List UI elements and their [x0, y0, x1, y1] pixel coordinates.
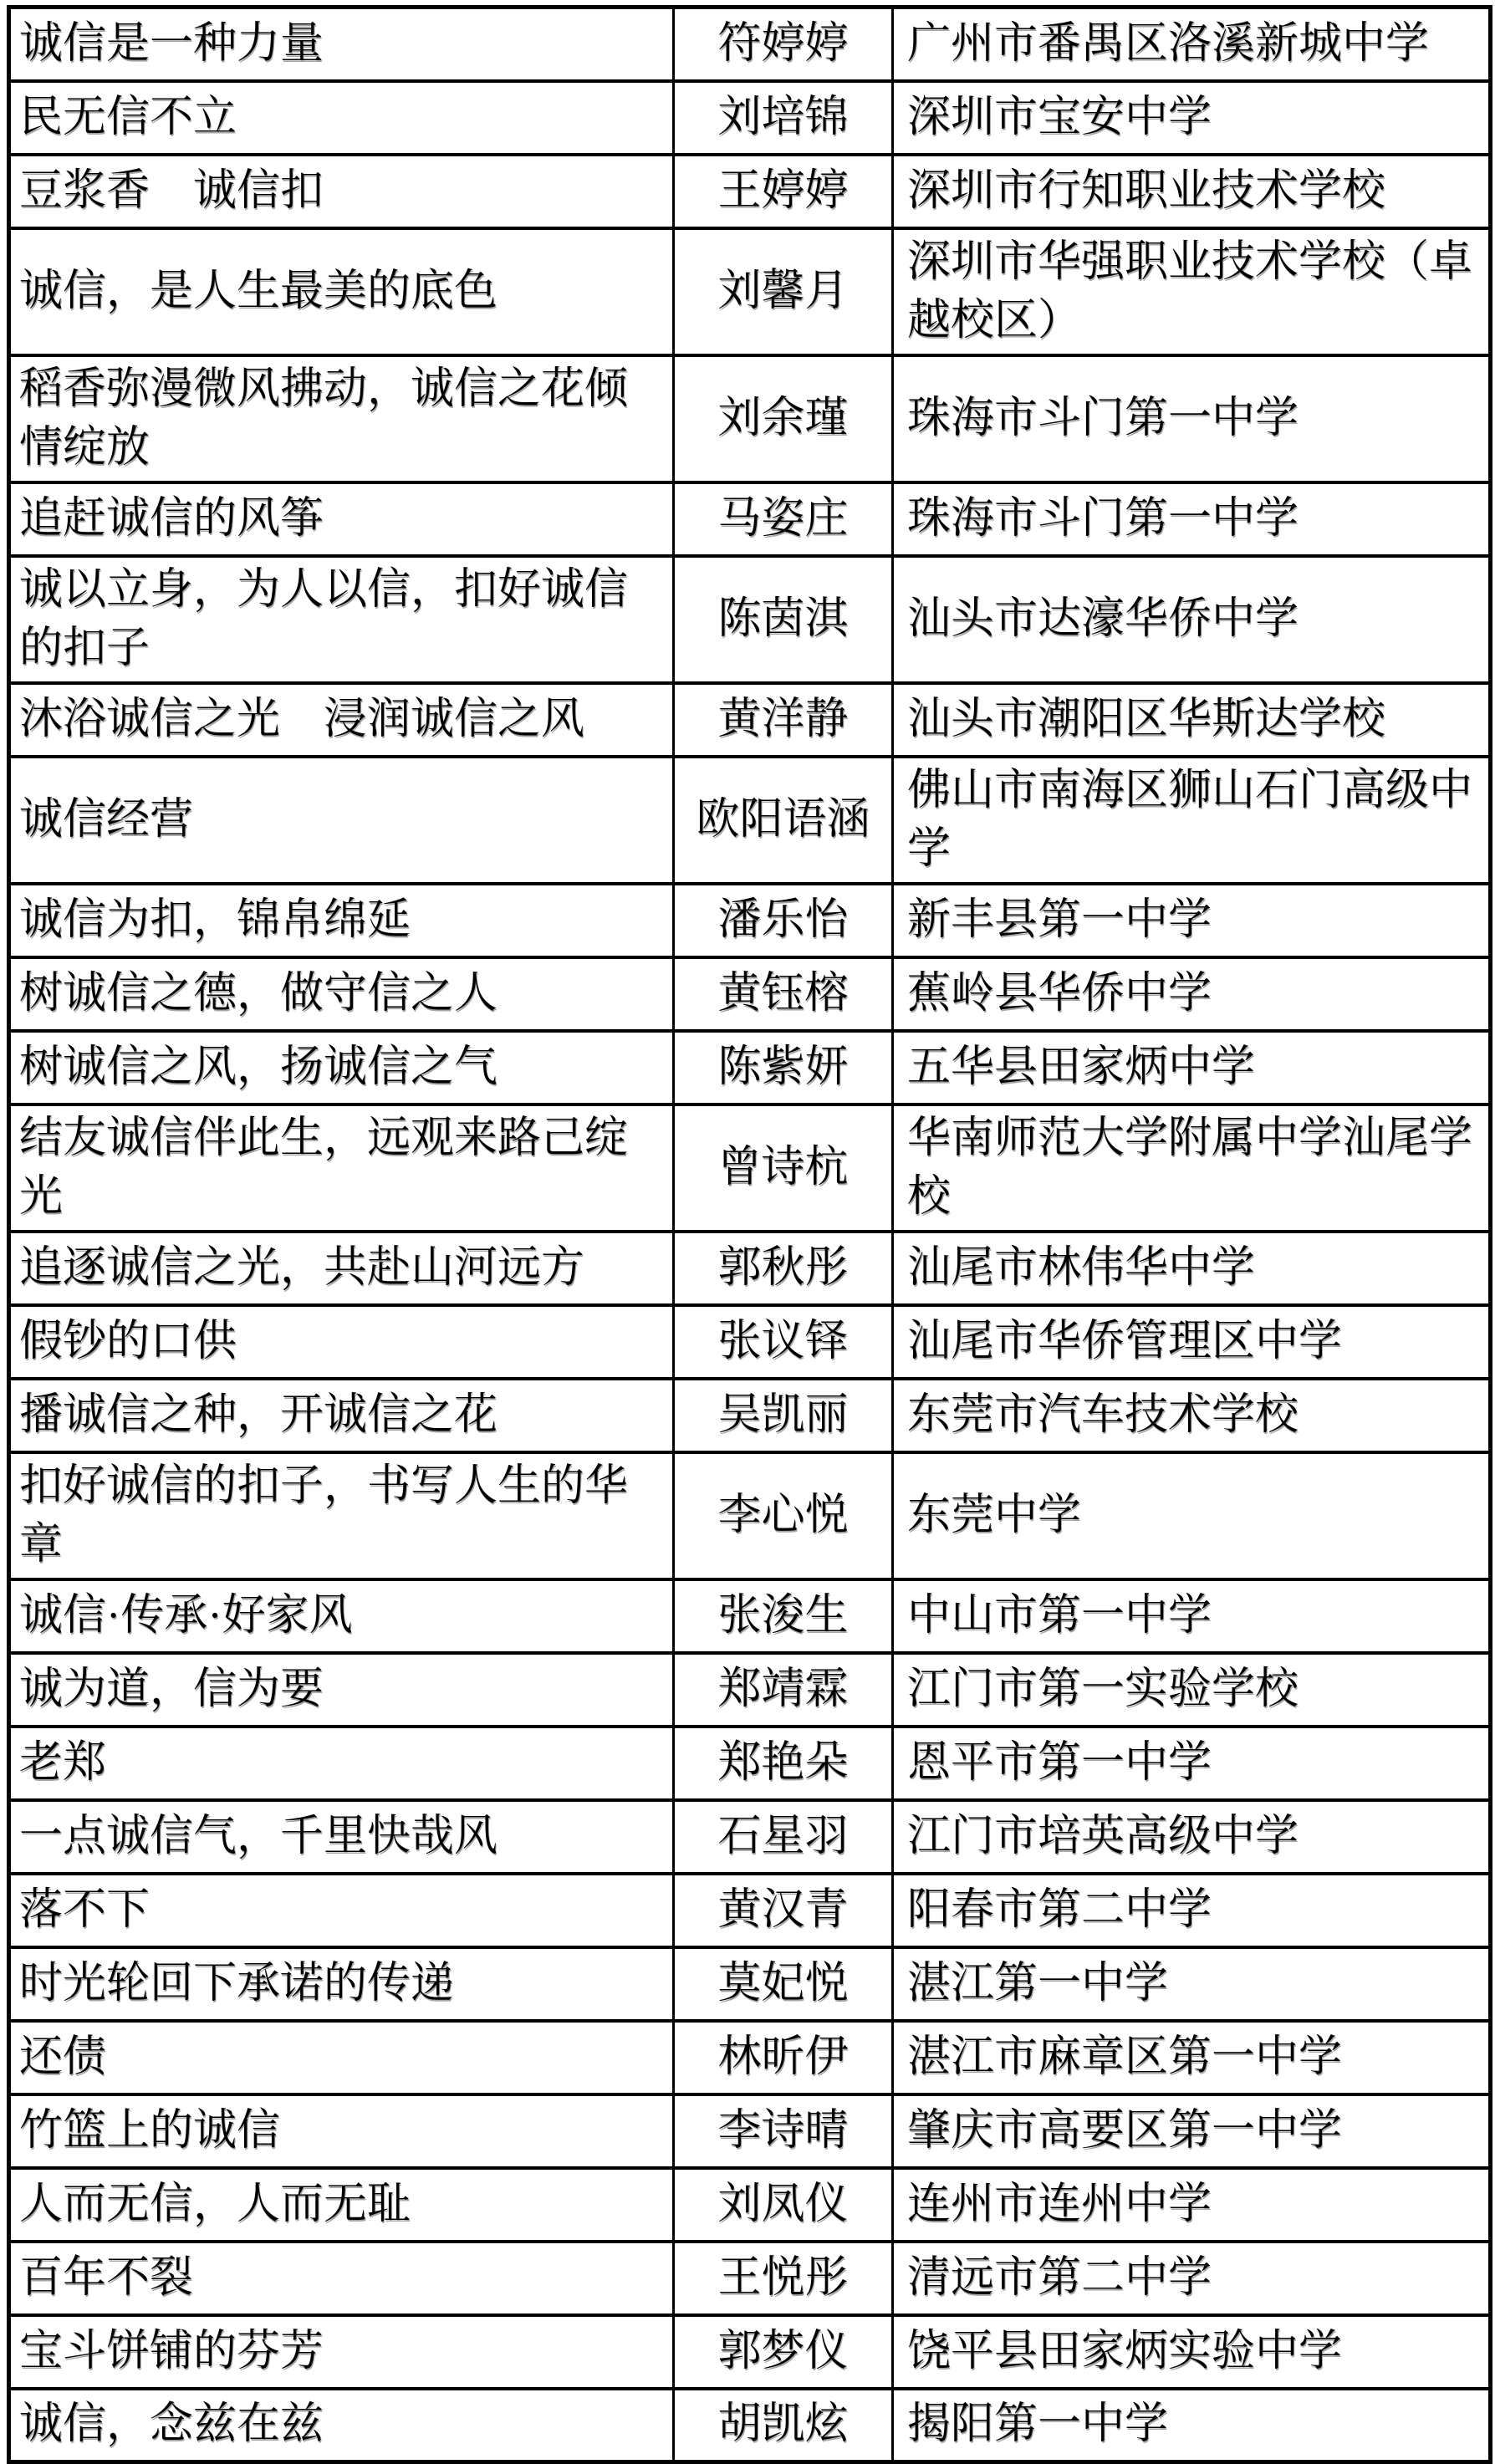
author-name-cell: 潘乐怡	[674, 884, 893, 957]
school-cell: 佛山市南海区狮山石门高级中学	[893, 757, 1491, 884]
author-name-cell: 莫妃悦	[674, 1947, 893, 2021]
school-cell: 蕉岭县华侨中学	[893, 957, 1491, 1031]
author-name-cell: 李心悦	[674, 1452, 893, 1579]
table-row: 百年不裂 王悦彤 清远市第二中学	[9, 2242, 1491, 2315]
work-title-cell: 诚信，是人生最美的底色	[9, 228, 674, 355]
school-cell: 汕头市潮阳区华斯达学校	[893, 683, 1491, 757]
work-title-cell: 扣好诚信的扣子，书写人生的华章	[9, 1452, 674, 1579]
table-row: 扣好诚信的扣子，书写人生的华章 李心悦 东莞中学	[9, 1452, 1491, 1579]
work-title-cell: 树诚信之德，做守信之人	[9, 957, 674, 1031]
school-cell: 汕头市达濠华侨中学	[893, 556, 1491, 683]
author-name-cell: 王悦彤	[674, 2242, 893, 2315]
author-name-cell: 刘余瑾	[674, 355, 893, 482]
table-row: 诚信为扣，锦帛绵延 潘乐怡 新丰县第一中学	[9, 884, 1491, 957]
work-title-cell: 诚信是一种力量	[9, 8, 674, 81]
author-name-cell: 陈茵淇	[674, 556, 893, 683]
school-cell: 五华县田家炳中学	[893, 1031, 1491, 1104]
author-name-cell: 陈紫妍	[674, 1031, 893, 1104]
work-title-cell: 时光轮回下承诺的传递	[9, 1947, 674, 2021]
school-cell: 中山市第一中学	[893, 1579, 1491, 1653]
work-title-cell: 诚为道，信为要	[9, 1653, 674, 1727]
school-cell: 珠海市斗门第一中学	[893, 482, 1491, 556]
table-row: 诚为道，信为要 郑靖霖 江门市第一实验学校	[9, 1653, 1491, 1727]
work-title-cell: 诚信为扣，锦帛绵延	[9, 884, 674, 957]
school-cell: 饶平县田家炳实验中学	[893, 2315, 1491, 2389]
table-row: 诚以立身，为人以信，扣好诚信的扣子 陈茵淇 汕头市达濠华侨中学	[9, 556, 1491, 683]
school-cell: 肇庆市高要区第一中学	[893, 2094, 1491, 2168]
author-name-cell: 黄洋静	[674, 683, 893, 757]
work-title-cell: 还债	[9, 2021, 674, 2094]
school-cell: 广州市番禺区洛溪新城中学	[893, 8, 1491, 81]
table-row: 一点诚信气，千里快哉风 石星羽 江门市培英高级中学	[9, 1800, 1491, 1874]
author-name-cell: 符婷婷	[674, 8, 893, 81]
table-row: 追逐诚信之光，共赴山河远方 郭秋彤 汕尾市林伟华中学	[9, 1232, 1491, 1305]
work-title-cell: 百年不裂	[9, 2242, 674, 2315]
school-cell: 阳春市第二中学	[893, 1874, 1491, 1947]
author-name-cell: 石星羽	[674, 1800, 893, 1874]
school-cell: 汕尾市华侨管理区中学	[893, 1305, 1491, 1379]
work-title-cell: 人而无信，人而无耻	[9, 2168, 674, 2242]
author-name-cell: 王婷婷	[674, 155, 893, 228]
work-title-cell: 老郑	[9, 1727, 674, 1800]
table-row: 诚信经营 欧阳语涵 佛山市南海区狮山石门高级中学	[9, 757, 1491, 884]
school-cell: 江门市培英高级中学	[893, 1800, 1491, 1874]
author-name-cell: 刘馨月	[674, 228, 893, 355]
school-cell: 华南师范大学附属中学汕尾学校	[893, 1104, 1491, 1232]
author-name-cell: 黄汉青	[674, 1874, 893, 1947]
table-row: 人而无信，人而无耻 刘凤仪 连州市连州中学	[9, 2168, 1491, 2242]
table-row: 老郑 郑艳朵 恩平市第一中学	[9, 1727, 1491, 1800]
school-cell: 揭阳第一中学	[893, 2389, 1491, 2462]
school-cell: 珠海市斗门第一中学	[893, 355, 1491, 482]
table-body: 诚信是一种力量 符婷婷 广州市番禺区洛溪新城中学 民无信不立 刘培锦 深圳市宝安…	[9, 8, 1491, 2462]
school-cell: 深圳市行知职业技术学校	[893, 155, 1491, 228]
work-title-cell: 一点诚信气，千里快哉风	[9, 1800, 674, 1874]
author-name-cell: 林昕伊	[674, 2021, 893, 2094]
table-row: 宝斗饼铺的芬芳 郭梦仪 饶平县田家炳实验中学	[9, 2315, 1491, 2389]
work-title-cell: 播诚信之种，开诚信之花	[9, 1379, 674, 1452]
table-row: 诚信，是人生最美的底色 刘馨月 深圳市华强职业技术学校（卓越校区）	[9, 228, 1491, 355]
school-cell: 深圳市宝安中学	[893, 81, 1491, 155]
table-row: 民无信不立 刘培锦 深圳市宝安中学	[9, 81, 1491, 155]
author-name-cell: 刘培锦	[674, 81, 893, 155]
work-title-cell: 诚信经营	[9, 757, 674, 884]
school-cell: 湛江市麻章区第一中学	[893, 2021, 1491, 2094]
table-row: 沐浴诚信之光 浸润诚信之风 黄洋静 汕头市潮阳区华斯达学校	[9, 683, 1491, 757]
author-name-cell: 胡凯炫	[674, 2389, 893, 2462]
work-title-cell: 诚信·传承·好家风	[9, 1579, 674, 1653]
work-title-cell: 民无信不立	[9, 81, 674, 155]
table-row: 结友诚信伴此生，远观来路己绽光 曾诗杭 华南师范大学附属中学汕尾学校	[9, 1104, 1491, 1232]
author-name-cell: 黄钰榕	[674, 957, 893, 1031]
work-title-cell: 豆浆香 诚信扣	[9, 155, 674, 228]
table-row: 豆浆香 诚信扣 王婷婷 深圳市行知职业技术学校	[9, 155, 1491, 228]
school-cell: 江门市第一实验学校	[893, 1653, 1491, 1727]
work-title-cell: 诚信，念兹在兹	[9, 2389, 674, 2462]
work-title-cell: 假钞的口供	[9, 1305, 674, 1379]
school-cell: 新丰县第一中学	[893, 884, 1491, 957]
school-cell: 湛江第一中学	[893, 1947, 1491, 2021]
school-cell: 恩平市第一中学	[893, 1727, 1491, 1800]
table-row: 追赶诚信的风筝 马姿庄 珠海市斗门第一中学	[9, 482, 1491, 556]
school-cell: 清远市第二中学	[893, 2242, 1491, 2315]
school-cell: 东莞市汽车技术学校	[893, 1379, 1491, 1452]
work-title-cell: 沐浴诚信之光 浸润诚信之风	[9, 683, 674, 757]
work-title-cell: 追逐诚信之光，共赴山河远方	[9, 1232, 674, 1305]
author-name-cell: 刘凤仪	[674, 2168, 893, 2242]
table-row: 时光轮回下承诺的传递 莫妃悦 湛江第一中学	[9, 1947, 1491, 2021]
school-cell: 连州市连州中学	[893, 2168, 1491, 2242]
table-row: 竹篮上的诚信 李诗晴 肇庆市高要区第一中学	[9, 2094, 1491, 2168]
school-cell: 汕尾市林伟华中学	[893, 1232, 1491, 1305]
author-name-cell: 郑靖霖	[674, 1653, 893, 1727]
author-name-cell: 郭梦仪	[674, 2315, 893, 2389]
table-row: 落不下 黄汉青 阳春市第二中学	[9, 1874, 1491, 1947]
table-row: 诚信·传承·好家风 张浚生 中山市第一中学	[9, 1579, 1491, 1653]
author-name-cell: 张议铎	[674, 1305, 893, 1379]
work-title-cell: 树诚信之风，扬诚信之气	[9, 1031, 674, 1104]
author-name-cell: 马姿庄	[674, 482, 893, 556]
author-name-cell: 曾诗杭	[674, 1104, 893, 1232]
author-name-cell: 李诗晴	[674, 2094, 893, 2168]
work-title-cell: 宝斗饼铺的芬芳	[9, 2315, 674, 2389]
work-title-cell: 诚以立身，为人以信，扣好诚信的扣子	[9, 556, 674, 683]
author-name-cell: 欧阳语涵	[674, 757, 893, 884]
table-row: 假钞的口供 张议铎 汕尾市华侨管理区中学	[9, 1305, 1491, 1379]
author-name-cell: 郭秋彤	[674, 1232, 893, 1305]
table-row: 树诚信之德，做守信之人 黄钰榕 蕉岭县华侨中学	[9, 957, 1491, 1031]
table-row: 诚信是一种力量 符婷婷 广州市番禺区洛溪新城中学	[9, 8, 1491, 81]
work-title-cell: 落不下	[9, 1874, 674, 1947]
work-title-cell: 稻香弥漫微风拂动，诚信之花倾情绽放	[9, 355, 674, 482]
author-name-cell: 张浚生	[674, 1579, 893, 1653]
author-name-cell: 郑艳朵	[674, 1727, 893, 1800]
document-page: 诚信是一种力量 符婷婷 广州市番禺区洛溪新城中学 民无信不立 刘培锦 深圳市宝安…	[0, 0, 1495, 2431]
table-row: 诚信，念兹在兹 胡凯炫 揭阳第一中学	[9, 2389, 1491, 2462]
author-name-cell: 吴凯丽	[674, 1379, 893, 1452]
table-row: 播诚信之种，开诚信之花 吴凯丽 东莞市汽车技术学校	[9, 1379, 1491, 1452]
work-title-cell: 追赶诚信的风筝	[9, 482, 674, 556]
school-cell: 深圳市华强职业技术学校（卓越校区）	[893, 228, 1491, 355]
award-table: 诚信是一种力量 符婷婷 广州市番禺区洛溪新城中学 民无信不立 刘培锦 深圳市宝安…	[7, 5, 1492, 2464]
table-row: 还债 林昕伊 湛江市麻章区第一中学	[9, 2021, 1491, 2094]
school-cell: 东莞中学	[893, 1452, 1491, 1579]
table-row: 稻香弥漫微风拂动，诚信之花倾情绽放 刘余瑾 珠海市斗门第一中学	[9, 355, 1491, 482]
table-row: 树诚信之风，扬诚信之气 陈紫妍 五华县田家炳中学	[9, 1031, 1491, 1104]
work-title-cell: 结友诚信伴此生，远观来路己绽光	[9, 1104, 674, 1232]
work-title-cell: 竹篮上的诚信	[9, 2094, 674, 2168]
